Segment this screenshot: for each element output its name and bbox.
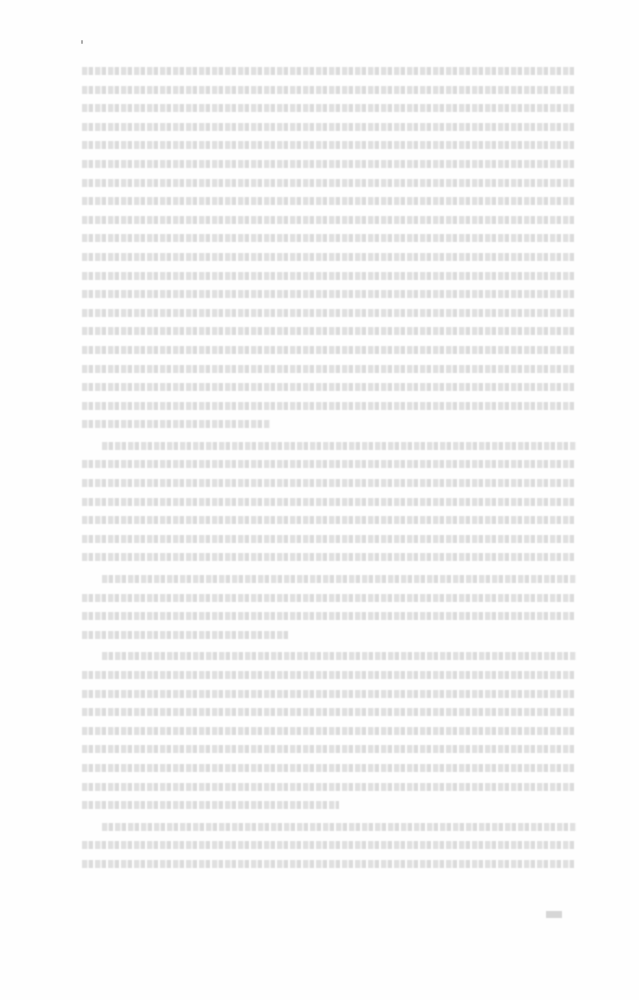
- text-line: [82, 397, 576, 416]
- text-line: [82, 818, 576, 837]
- text-line: [82, 81, 576, 100]
- text-line: [82, 304, 576, 323]
- text-line: [82, 285, 576, 304]
- text-line: [82, 570, 576, 589]
- text-line: [82, 136, 576, 155]
- text-line: [82, 666, 576, 685]
- scan-speck: [81, 40, 83, 44]
- text-line: [82, 530, 576, 549]
- paragraph: [illegible]: [82, 647, 576, 814]
- text-line: [82, 474, 576, 493]
- text-line: [82, 703, 576, 722]
- text-line: [82, 647, 576, 666]
- text-line: [82, 229, 576, 248]
- text-line: [82, 437, 576, 456]
- paragraph: [illegible]: [82, 570, 576, 644]
- body-text: [illegible][illegible][illegible][illegi…: [82, 62, 576, 874]
- paragraph: [illegible]: [82, 437, 576, 567]
- text-line: [82, 607, 576, 626]
- scanned-page: [illegible][illegible][illegible][illegi…: [0, 0, 639, 1000]
- text-line: [82, 589, 576, 608]
- text-line: [82, 192, 576, 211]
- text-line: [82, 267, 576, 286]
- text-line: [82, 855, 576, 874]
- text-line: [82, 341, 576, 360]
- text-line: [82, 211, 576, 230]
- paragraph: [illegible]: [82, 818, 576, 874]
- text-line: [82, 360, 576, 379]
- text-line: [82, 722, 576, 741]
- text-line: [82, 740, 576, 759]
- text-line: [82, 493, 576, 512]
- text-line: [82, 455, 576, 474]
- text-line: [82, 836, 576, 855]
- text-line: [82, 685, 576, 704]
- text-line: [82, 626, 576, 645]
- text-line: [82, 796, 576, 815]
- text-line: [82, 99, 576, 118]
- text-line: [82, 378, 576, 397]
- text-line: [82, 155, 576, 174]
- text-line: [82, 511, 576, 530]
- text-line: [82, 415, 576, 434]
- text-line: [82, 548, 576, 567]
- text-line: [82, 174, 576, 193]
- text-line: [82, 118, 576, 137]
- text-line: [82, 759, 576, 778]
- paragraph: [illegible]: [82, 62, 576, 434]
- text-line: [82, 322, 576, 341]
- text-line: [82, 778, 576, 797]
- page-number-text: [illegible]: [542, 908, 543, 909]
- text-line: [82, 62, 576, 81]
- text-line: [82, 248, 576, 267]
- page-number: [illegible]: [542, 908, 566, 922]
